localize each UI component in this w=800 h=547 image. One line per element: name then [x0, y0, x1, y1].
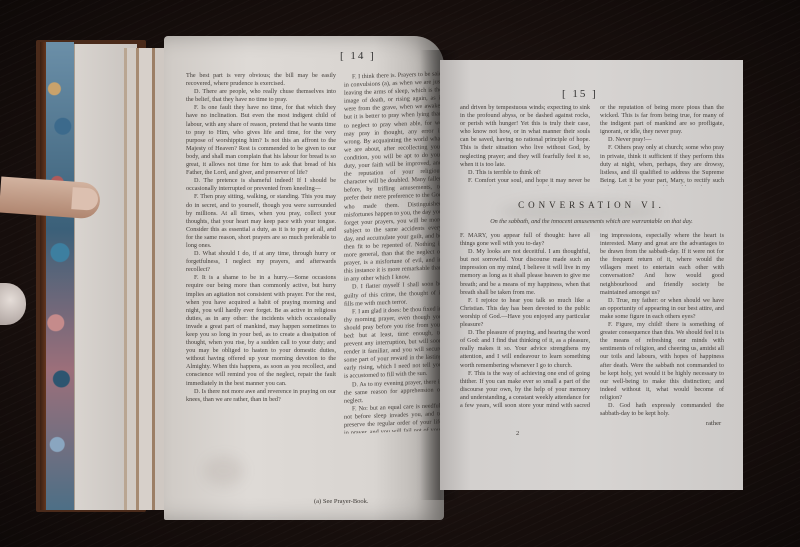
footnote: (a) See Prayer-Book.	[314, 498, 369, 505]
right-page: [ 15 ] and driven by tempestuous winds; …	[440, 60, 743, 490]
marbled-endpaper	[46, 42, 74, 510]
right-page-column-1-bottom: F. MARY, you appear full of thought: hav…	[460, 232, 590, 410]
paragraph: and driven by tempestuous winds; expecti…	[460, 104, 590, 169]
paragraph: or the reputation of being more pious th…	[600, 104, 724, 136]
paragraph: D. Never pray!—	[600, 136, 724, 144]
paragraph: F. It is a shame to be in a hurry.—Some …	[186, 274, 336, 387]
paragraph: D. My looks are not deceitful. I am thou…	[460, 248, 590, 297]
paragraph: ing impressions, especially where the he…	[600, 232, 724, 297]
right-page-column-1-top: and driven by tempestuous winds; expecti…	[460, 104, 590, 186]
paragraph: D. Is there not more awe and reverence i…	[186, 388, 336, 404]
right-page-column-2-bottom: ing impressions, especially where the he…	[600, 232, 724, 418]
page-number-right: [ 15 ]	[562, 88, 598, 100]
paragraph: F. This is the way of achieving one end …	[460, 370, 590, 410]
page-stack-edges	[124, 48, 166, 510]
paper-stain	[204, 456, 244, 486]
paragraph: F. Comfort your soul, and hope it may ne…	[460, 177, 590, 186]
paragraph: D. This is terrible to think of!	[460, 169, 590, 177]
paragraph: F. MARY, you appear full of thought: hav…	[460, 232, 590, 248]
paragraph: D. The pretence is shameful indeed! If I…	[186, 177, 336, 193]
catchword: rather	[706, 420, 721, 427]
paragraph: F. I rejoice to hear you talk so much li…	[460, 297, 590, 329]
paper-shadow	[500, 200, 660, 224]
paragraph: F. Others pray only at church; some who …	[600, 144, 724, 186]
page-number-left: [ 14 ]	[340, 50, 376, 62]
paragraph: D. God hath expressly commanded the sabb…	[600, 402, 724, 418]
paragraph: The best part is very obvious; the bill …	[186, 72, 336, 88]
paragraph: D. True, my father: or when should we ha…	[600, 297, 724, 321]
paragraph: F. Then pray sitting, walking, or standi…	[186, 193, 336, 250]
right-page-column-2-top: or the reputation of being more pious th…	[600, 104, 724, 186]
paragraph: F. Is one fault they have no time, for t…	[186, 104, 336, 177]
paragraph: F. Figure, my child! there is something …	[600, 321, 724, 402]
paragraph: D. There are people, who really chuse th…	[186, 88, 336, 104]
paragraph: D. The pleasure of praying, and hearing …	[460, 329, 590, 369]
signature-mark: 2	[516, 430, 519, 437]
left-page: [ 14 ] The best part is very obvious; th…	[164, 36, 444, 520]
left-page-column-1: The best part is very obvious; the bill …	[186, 72, 336, 460]
paragraph: D. What should I do, if at any time, thr…	[186, 250, 336, 274]
